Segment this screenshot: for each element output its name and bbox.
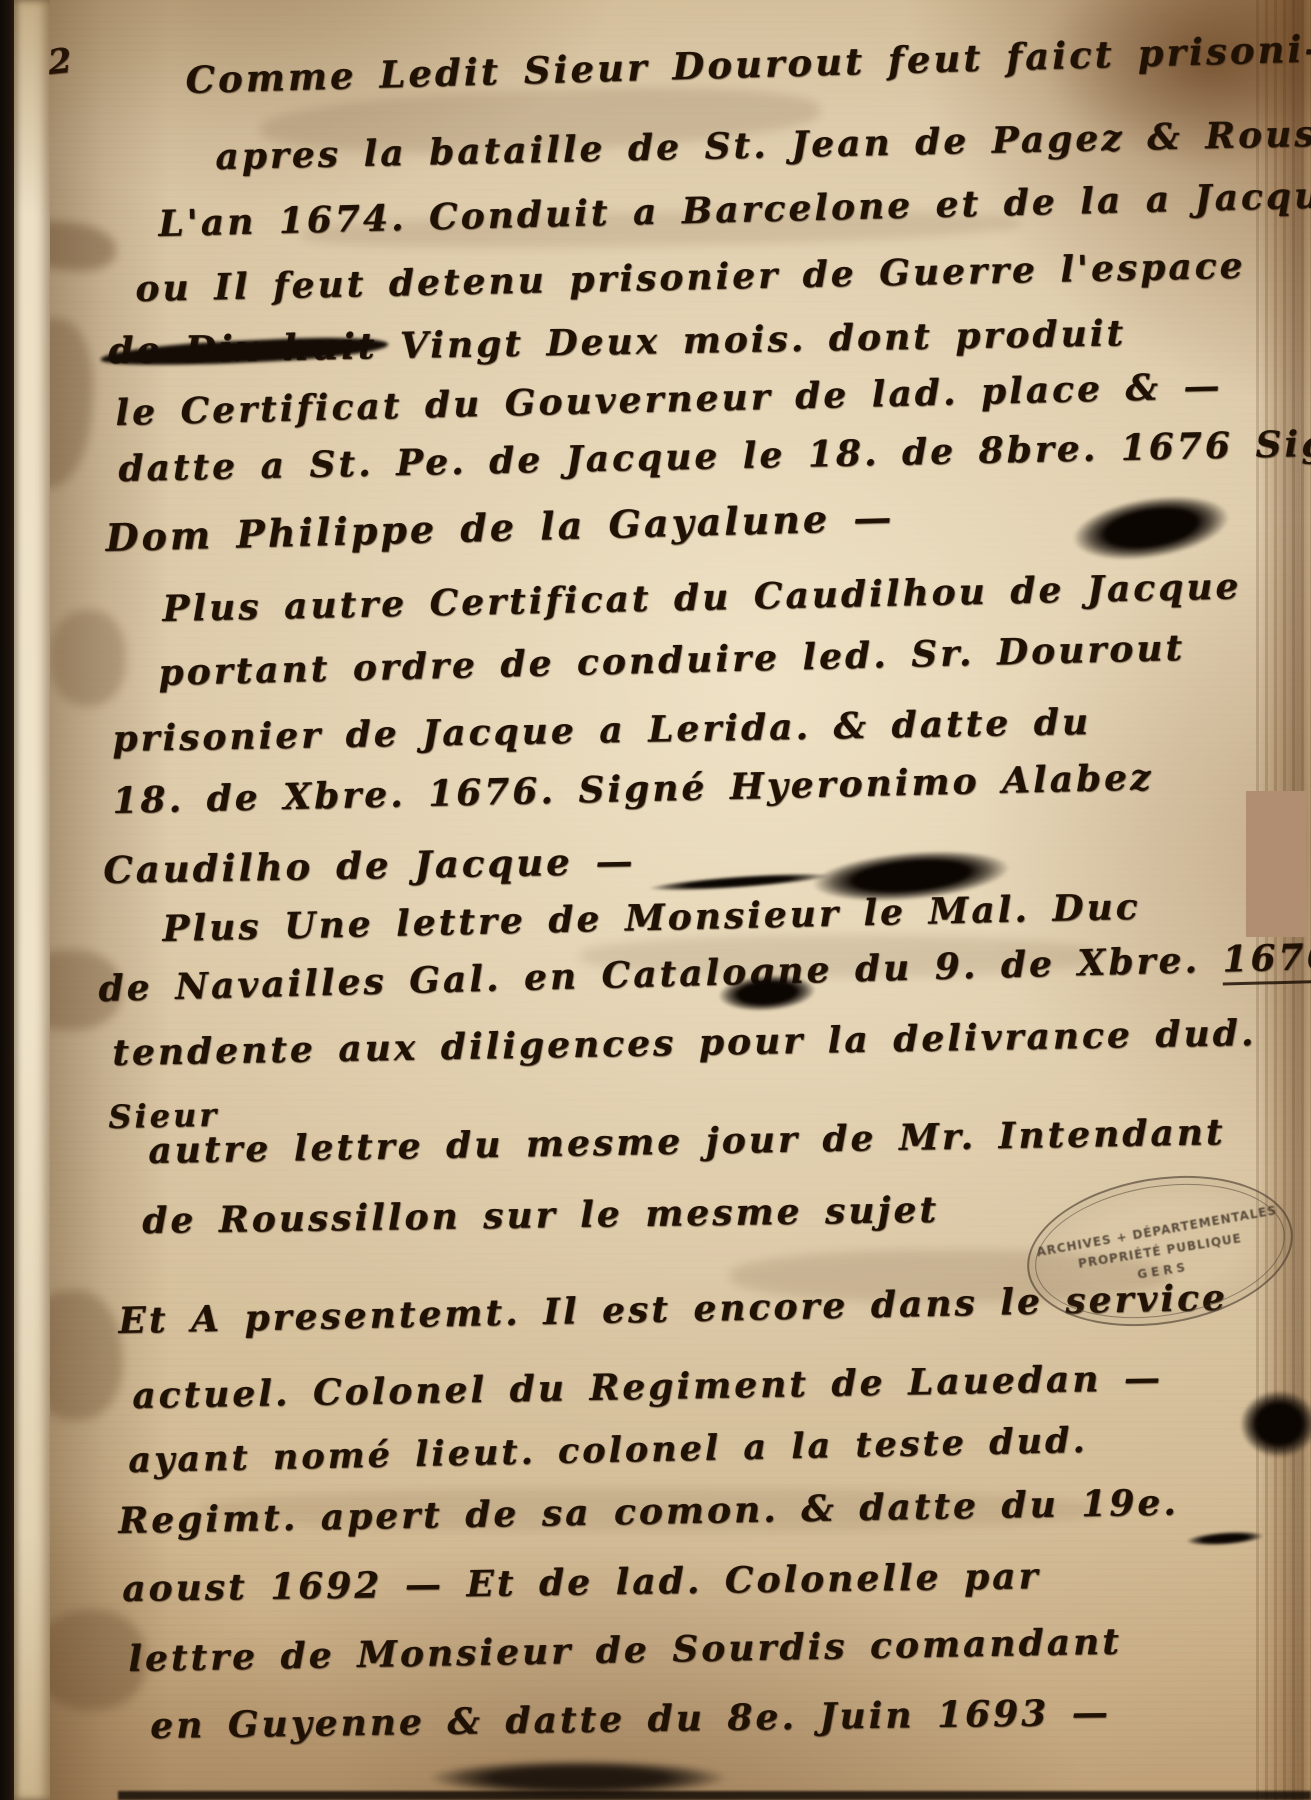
manuscript-line: Caudilho de Jacque — [103, 839, 636, 892]
manuscript-line: actuel. Colonel du Regiment de Lauedan — [132, 1357, 1163, 1417]
manuscript-line: aoust 1692 — Et de lad. Colonelle par [122, 1555, 1041, 1610]
manuscript-line: lettre de Monsieur de Sourdis comandant [128, 1621, 1122, 1680]
manuscript-line: autre lettre du mesme jour de Mr. Intend… [148, 1111, 1226, 1172]
manuscript-line: tendente aux diligences pour la delivran… [112, 1012, 1257, 1074]
facing-page-edge [14, 0, 50, 1800]
archive-stamp-inner-ring: ARCHIVES + DÉPARTEMENTALES PROPRIÉTÉ PUB… [1025, 1167, 1294, 1335]
page-bottom-edge [118, 1791, 1311, 1800]
redaction-patch [1246, 791, 1306, 937]
manuscript-line: 18. de Xbre. 1676. Signé Hyeronimo Alabe… [112, 756, 1154, 822]
ink-smudge [428, 1760, 728, 1796]
manuscript-line: de Dix huit Vingt Deux mois. dont produi… [108, 312, 1126, 372]
manuscript-line: Dom Philippe de la Gayalune — [105, 494, 895, 560]
manuscript-line: en Guyenne & datte du 8e. Juin 1693 — [150, 1692, 1111, 1747]
ink-blot [1240, 1390, 1311, 1458]
manuscript-line: portant ordre de conduire led. Sr. Douro… [158, 627, 1186, 694]
ink-blot [1186, 1529, 1265, 1547]
book-spine-edge [0, 0, 14, 1800]
underlined-text: 1676 [1222, 936, 1311, 986]
page-number: 2 [46, 41, 74, 83]
manuscript-line: ayant nomé lieut. colonel a la teste dud… [128, 1420, 1088, 1481]
ink-blot [1068, 486, 1233, 570]
manuscript-line: Plus autre Certificat du Caudilhou de Ja… [162, 565, 1242, 630]
manuscript-line: Regimt. apert de sa comon. & datte du 19… [118, 1481, 1179, 1542]
stamp-text-bottom: GERS [1136, 1260, 1189, 1282]
manuscript-line: prisonier de Jacque a Lerida. & datte du [112, 701, 1091, 760]
ink-blot [648, 870, 830, 895]
manuscript-line: datte a St. Pe. de Jacque le 18. de 8bre… [118, 421, 1311, 490]
manuscript-line: de Roussillon sur le mesme sujet [142, 1189, 939, 1242]
struck-text: de Dix huit [108, 325, 378, 372]
manuscript-line: ou Il feut detenu prisonier de Guerre l'… [135, 245, 1246, 310]
manuscript-page: 2 Comme Ledit Sieur Dourout feut faict p… [0, 0, 1311, 1800]
manuscript-line: le Certificat du Gouverneur de lad. plac… [115, 365, 1223, 434]
